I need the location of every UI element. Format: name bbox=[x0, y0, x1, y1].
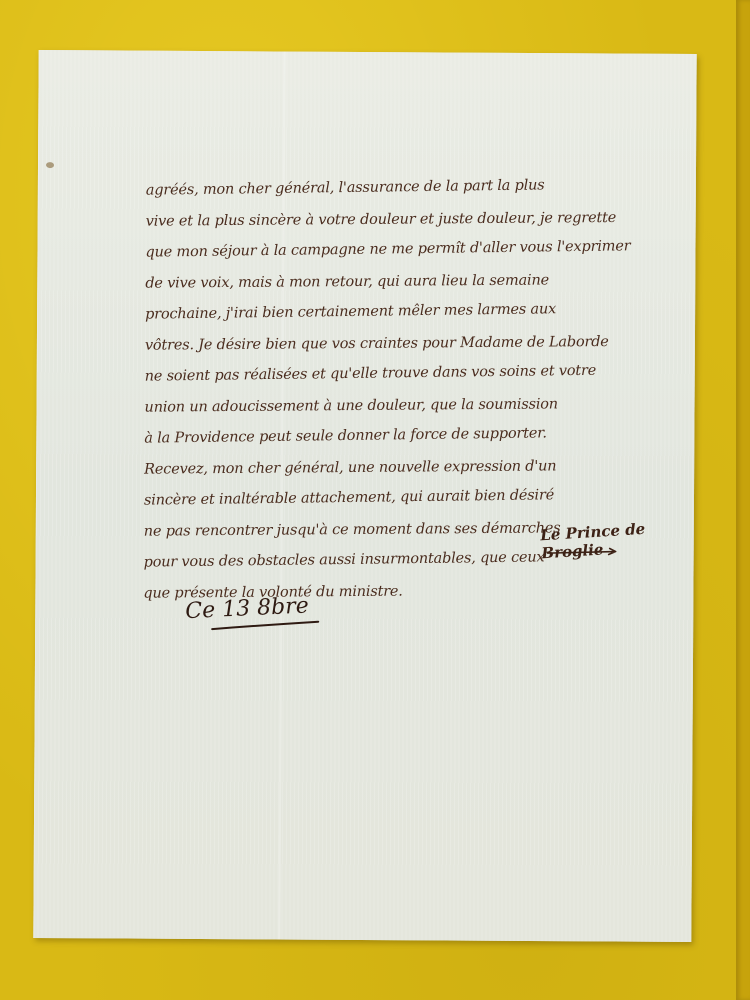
background-edge-strip bbox=[736, 0, 750, 1000]
date-underline-icon bbox=[210, 619, 320, 632]
ink-stain bbox=[46, 162, 54, 168]
letter-sheet: agréés, mon cher général, l'assurance de… bbox=[33, 50, 696, 942]
letter-line: agréés, mon cher général, l'assurance de… bbox=[146, 168, 701, 206]
signature-flourish-icon bbox=[546, 547, 626, 555]
letter-line: à la Providence peut seule donner la for… bbox=[144, 416, 699, 454]
letter-line: que mon séjour à la campagne ne me permî… bbox=[145, 230, 700, 268]
letter-line: prochaine, j'irai bien certainement mêle… bbox=[145, 292, 700, 330]
letter-line: ne soient pas réalisées et qu'elle trouv… bbox=[145, 354, 700, 392]
letter-line: sincère et inaltérable attachement, qui … bbox=[144, 478, 699, 516]
